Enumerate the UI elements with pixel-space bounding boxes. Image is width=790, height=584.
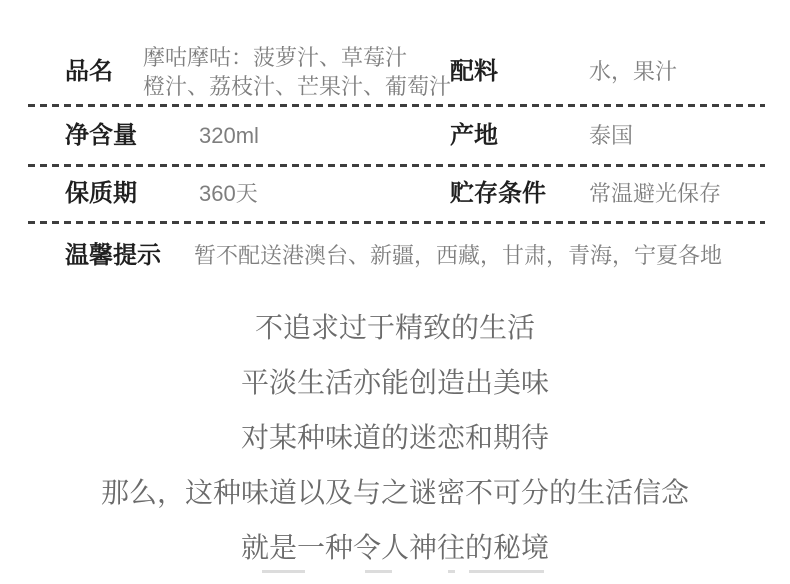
spec-value-shelf-life: 360天 — [199, 183, 258, 205]
marketing-copy: 不追求过于精致的生活 平淡生活亦能创造出美味 对某种味道的迷恋和期待 那么，这种… — [0, 300, 790, 575]
spec-value-product-name-line1: 摩咕摩咕：菠萝汁、草莓汁 — [143, 43, 451, 72]
spec-label-net-content: 净含量 — [65, 124, 137, 148]
product-detail-page: 品名 摩咕摩咕：菠萝汁、草莓汁 橙汁、荔枝汁、芒果汁、葡萄汁 配料 水，果汁 净… — [0, 0, 790, 584]
spec-label-warm-tips: 温馨提示 — [65, 244, 161, 268]
spec-value-ingredients: 水，果汁 — [589, 61, 677, 83]
cutoff-text-fragment — [262, 570, 305, 573]
marketing-copy-line: 那么，这种味道以及与之谜密不可分的生活信念 — [0, 465, 790, 520]
spec-value-storage-conditions: 常温避光保存 — [589, 183, 721, 205]
spec-value-warm-tips: 暂不配送港澳台、新疆，西藏，甘肃，青海，宁夏各地 — [194, 245, 722, 267]
spec-value-product-name: 摩咕摩咕：菠萝汁、草莓汁 橙汁、荔枝汁、芒果汁、葡萄汁 — [143, 43, 451, 101]
spec-label-ingredients: 配料 — [450, 60, 498, 84]
marketing-copy-line: 不追求过于精致的生活 — [0, 300, 790, 355]
spec-label-origin: 产地 — [450, 124, 498, 148]
spec-label-shelf-life: 保质期 — [65, 182, 137, 206]
spec-label-product-name: 品名 — [65, 60, 113, 84]
cutoff-text-fragment — [469, 570, 544, 573]
spec-value-net-content: 320ml — [199, 125, 259, 147]
spec-row-volume-origin: 净含量 320ml 产地 泰国 — [0, 107, 790, 164]
cutoff-text-fragment — [365, 570, 392, 573]
marketing-copy-line: 平淡生活亦能创造出美味 — [0, 355, 790, 410]
spec-value-origin: 泰国 — [589, 125, 633, 147]
marketing-copy-line: 就是一种令人神往的秘境 — [0, 520, 790, 575]
spec-row-shipping-notice: 温馨提示 暂不配送港澳台、新疆，西藏，甘肃，青海，宁夏各地 — [0, 224, 790, 288]
spec-row-shelflife-storage: 保质期 360天 贮存条件 常温避光保存 — [0, 167, 790, 221]
spec-label-storage-conditions: 贮存条件 — [450, 182, 546, 206]
spec-value-product-name-line2: 橙汁、荔枝汁、芒果汁、葡萄汁 — [143, 72, 451, 101]
product-spec-table: 品名 摩咕摩咕：菠萝汁、草莓汁 橙汁、荔枝汁、芒果汁、葡萄汁 配料 水，果汁 净… — [0, 40, 790, 288]
spec-row-name-ingredients: 品名 摩咕摩咕：菠萝汁、草莓汁 橙汁、荔枝汁、芒果汁、葡萄汁 配料 水，果汁 — [0, 40, 790, 104]
marketing-copy-line: 对某种味道的迷恋和期待 — [0, 410, 790, 465]
cutoff-text-fragment — [448, 570, 455, 573]
